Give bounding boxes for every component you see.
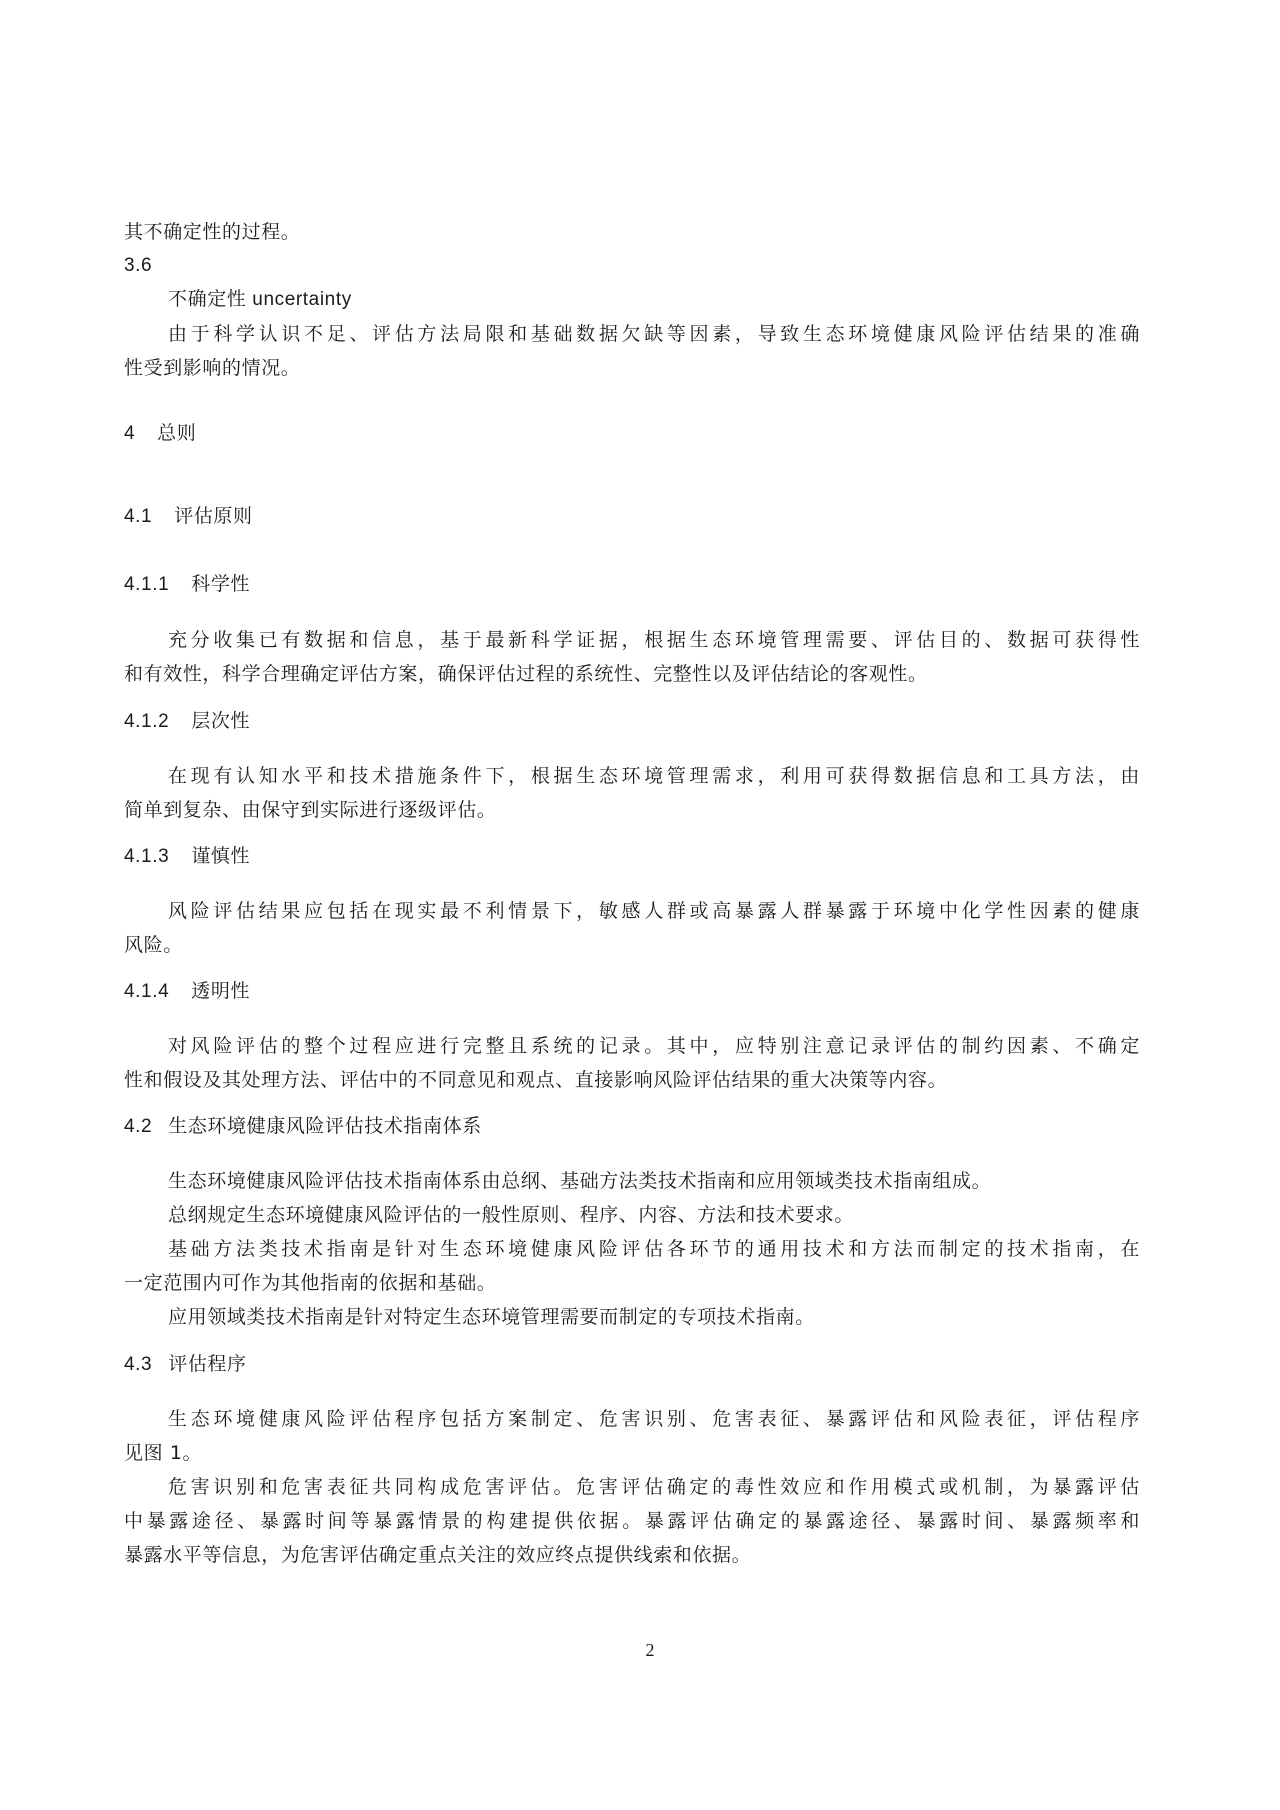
section-title: 谨慎性 [191, 846, 250, 867]
paragraph-line: 应用领域类技术指南是针对特定生态环境管理需要而制定的专项技术指南。 [168, 1304, 1140, 1330]
paragraph-line: 在现有认知水平和技术措施条件下，根据生态环境管理需求，利用可获得数据信息和工具方… [168, 763, 1140, 789]
term-definition-line: 由于科学认识不足、评估方法局限和基础数据欠缺等因素，导致生态环境健康风险评估结果… [168, 321, 1140, 347]
section-number: 4.3 [124, 1352, 152, 1378]
section-title: 透明性 [191, 981, 250, 1002]
section-number: 4.1 [124, 504, 152, 530]
section-number: 4 [124, 421, 135, 447]
section-number: 4.1.3 [124, 844, 169, 870]
document-page: 其不确定性的过程。 3.6 不确定性 uncertainty 由于科学认识不足、… [0, 0, 1280, 1810]
paragraph-line: 性和假设及其处理方法、评估中的不同意见和观点、直接影响风险评估结果的重大决策等内… [124, 1067, 1140, 1093]
paragraph-line: 危害识别和危害表征共同构成危害评估。危害评估确定的毒性效应和作用模式或机制，为暴… [168, 1474, 1140, 1500]
paragraph-line: 总纲规定生态环境健康风险评估的一般性原则、程序、内容、方法和技术要求。 [168, 1202, 1140, 1228]
paragraph-line: 风险。 [124, 932, 1140, 958]
section-title: 评估原则 [174, 506, 252, 527]
section-heading-4-1: 4.1评估原则 [124, 504, 1140, 530]
section-number: 4.1.4 [124, 979, 169, 1005]
page-number: 2 [640, 1640, 660, 1661]
paragraph-line: 和有效性，科学合理确定评估方案，确保评估过程的系统性、完整性以及评估结论的客观性… [124, 661, 1140, 687]
section-heading-4-1-1: 4.1.1科学性 [124, 572, 1140, 598]
paragraph-line: 风险评估结果应包括在现实最不利情景下，敏感人群或高暴露人群暴露于环境中化学性因素… [168, 898, 1140, 924]
section-heading-4-1-3: 4.1.3谨慎性 [124, 844, 1140, 870]
section-heading-4-3: 4.3评估程序 [124, 1352, 1140, 1378]
section-title: 科学性 [191, 574, 250, 595]
paragraph-line: 对风险评估的整个过程应进行完整且系统的记录。其中，应特别注意记录评估的制约因素、… [168, 1033, 1140, 1059]
term-definition-line: 性受到影响的情况。 [124, 355, 1140, 381]
paragraph-line: 简单到复杂、由保守到实际进行逐级评估。 [124, 797, 1140, 823]
term-number: 3.6 [124, 253, 1140, 279]
section-title: 层次性 [191, 711, 250, 732]
section-number: 4.2 [124, 1114, 152, 1140]
paragraph-line: 基础方法类技术指南是针对生态环境健康风险评估各环节的通用技术和方法而制定的技术指… [168, 1236, 1140, 1262]
paragraph-line: 生态环境健康风险评估技术指南体系由总纲、基础方法类技术指南和应用领域类技术指南组… [168, 1168, 1140, 1194]
paragraph-line: 生态环境健康风险评估程序包括方案制定、危害识别、危害表征、暴露评估和风险表征，评… [168, 1406, 1140, 1432]
section-title: 评估程序 [168, 1354, 246, 1375]
paragraph-line: 充分收集已有数据和信息，基于最新科学证据，根据生态环境管理需要、评估目的、数据可… [168, 627, 1140, 653]
section-heading-4: 4总则 [124, 421, 1140, 447]
term-title: 不确定性 uncertainty [168, 287, 1140, 313]
section-title: 总则 [157, 423, 196, 444]
section-number: 4.1.1 [124, 572, 169, 598]
paragraph-line: 一定范围内可作为其他指南的依据和基础。 [124, 1270, 1140, 1296]
continuation-text: 其不确定性的过程。 [124, 219, 1140, 245]
section-number: 4.1.2 [124, 709, 169, 735]
section-title: 生态环境健康风险评估技术指南体系 [168, 1116, 482, 1137]
paragraph-line: 暴露水平等信息，为危害评估确定重点关注的效应终点提供线索和依据。 [124, 1542, 1140, 1568]
section-heading-4-1-2: 4.1.2层次性 [124, 709, 1140, 735]
paragraph-line: 中暴露途径、暴露时间等暴露情景的构建提供依据。暴露评估确定的暴露途径、暴露时间、… [124, 1508, 1140, 1534]
section-heading-4-1-4: 4.1.4透明性 [124, 979, 1140, 1005]
section-heading-4-2: 4.2生态环境健康风险评估技术指南体系 [124, 1114, 1140, 1140]
paragraph-line: 见图 1。 [124, 1440, 1140, 1466]
